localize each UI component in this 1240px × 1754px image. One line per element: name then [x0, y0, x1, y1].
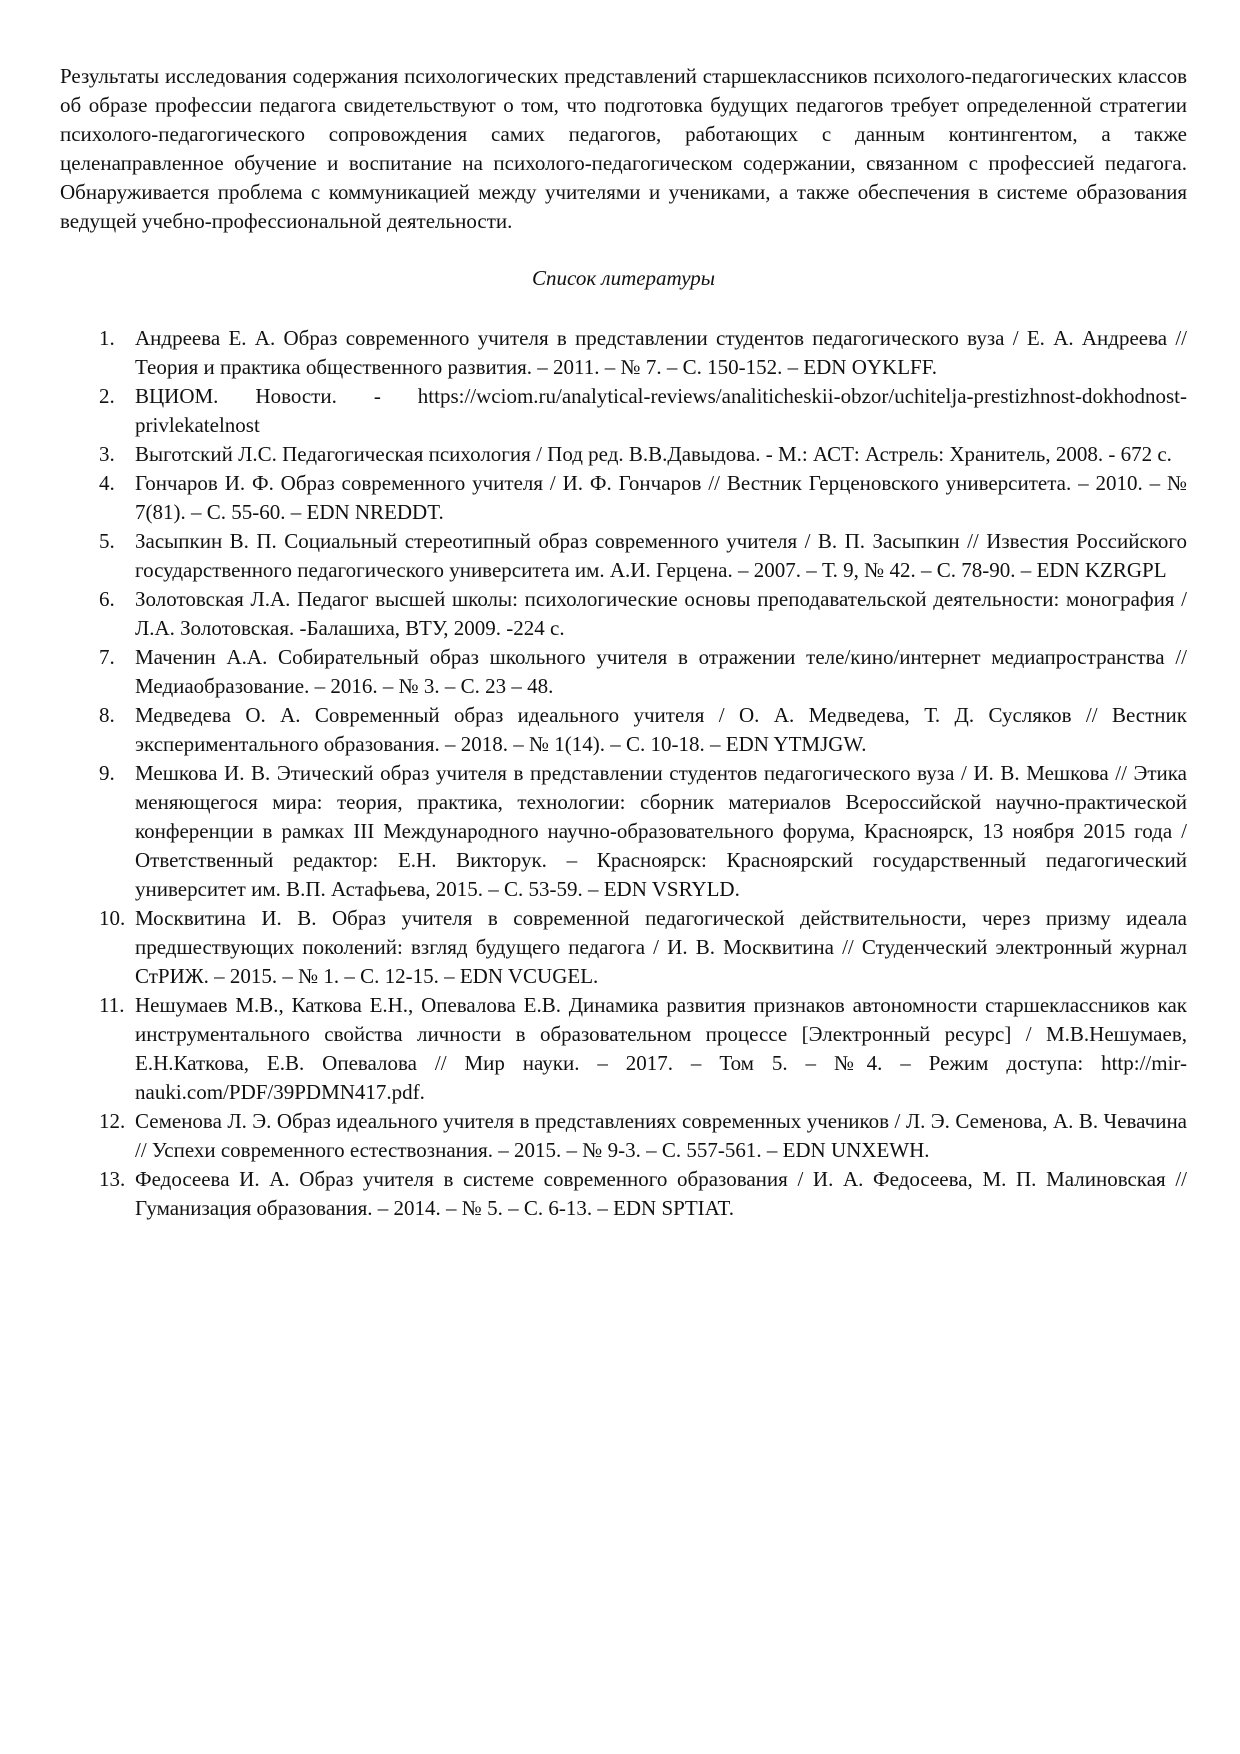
reference-text: Медведева О. А. Современный образ идеаль…	[135, 701, 1187, 759]
reference-number: 2.	[99, 382, 115, 411]
reference-text: Москвитина И. В. Образ учителя в совреме…	[135, 904, 1187, 991]
reference-number: 5.	[99, 527, 115, 556]
reference-text: Засыпкин В. П. Социальный стереотипный о…	[135, 527, 1187, 585]
reference-item: 1.Андреева Е. А. Образ современного учит…	[60, 324, 1187, 382]
reference-number: 7.	[99, 643, 115, 672]
reference-item: 9.Мешкова И. В. Этический образ учителя …	[60, 759, 1187, 904]
reference-text: Гончаров И. Ф. Образ современного учител…	[135, 469, 1187, 527]
reference-number: 1.	[99, 324, 115, 353]
reference-number: 11.	[99, 991, 124, 1020]
reference-number: 4.	[99, 469, 115, 498]
reference-item: 5.Засыпкин В. П. Социальный стереотипный…	[60, 527, 1187, 585]
reference-text: Выготский Л.С. Педагогическая психология…	[135, 440, 1187, 469]
reference-item: 8.Медведева О. А. Современный образ идеа…	[60, 701, 1187, 759]
reference-item: 12.Семенова Л. Э. Образ идеального учите…	[60, 1107, 1187, 1165]
reference-item: 3.Выготский Л.С. Педагогическая психолог…	[60, 440, 1187, 469]
reference-text: Федосеева И. А. Образ учителя в системе …	[135, 1165, 1187, 1223]
reference-text: Нешумаев М.В., Каткова Е.Н., Опевалова Е…	[135, 991, 1187, 1107]
document-page: Результаты исследования содержания психо…	[60, 62, 1187, 1223]
reference-number: 13.	[99, 1165, 125, 1194]
reference-text: Золотовская Л.А. Педагог высшей школы: п…	[135, 585, 1187, 643]
reference-item: 13.Федосеева И. А. Образ учителя в систе…	[60, 1165, 1187, 1223]
reference-number: 10.	[99, 904, 125, 933]
reference-number: 8.	[99, 701, 115, 730]
reference-text: Маченин А.А. Собирательный образ школьно…	[135, 643, 1187, 701]
reference-number: 3.	[99, 440, 115, 469]
reference-text: Мешкова И. В. Этический образ учителя в …	[135, 759, 1187, 904]
reference-text: Семенова Л. Э. Образ идеального учителя …	[135, 1107, 1187, 1165]
reference-item: 6.Золотовская Л.А. Педагог высшей школы:…	[60, 585, 1187, 643]
references-title: Список литературы	[60, 264, 1187, 293]
references-list: 1.Андреева Е. А. Образ современного учит…	[60, 324, 1187, 1223]
reference-number: 12.	[99, 1107, 125, 1136]
reference-number: 9.	[99, 759, 115, 788]
reference-item: 11.Нешумаев М.В., Каткова Е.Н., Опевалов…	[60, 991, 1187, 1107]
reference-number: 6.	[99, 585, 115, 614]
reference-item: 2.ВЦИОМ. Новости. - https://wciom.ru/ana…	[60, 382, 1187, 440]
reference-item: 4.Гончаров И. Ф. Образ современного учит…	[60, 469, 1187, 527]
reference-item: 7.Маченин А.А. Собирательный образ школь…	[60, 643, 1187, 701]
reference-text: ВЦИОМ. Новости. - https://wciom.ru/analy…	[135, 382, 1187, 440]
conclusion-paragraph: Результаты исследования содержания психо…	[60, 62, 1187, 236]
reference-item: 10.Москвитина И. В. Образ учителя в совр…	[60, 904, 1187, 991]
reference-text: Андреева Е. А. Образ современного учител…	[135, 324, 1187, 382]
